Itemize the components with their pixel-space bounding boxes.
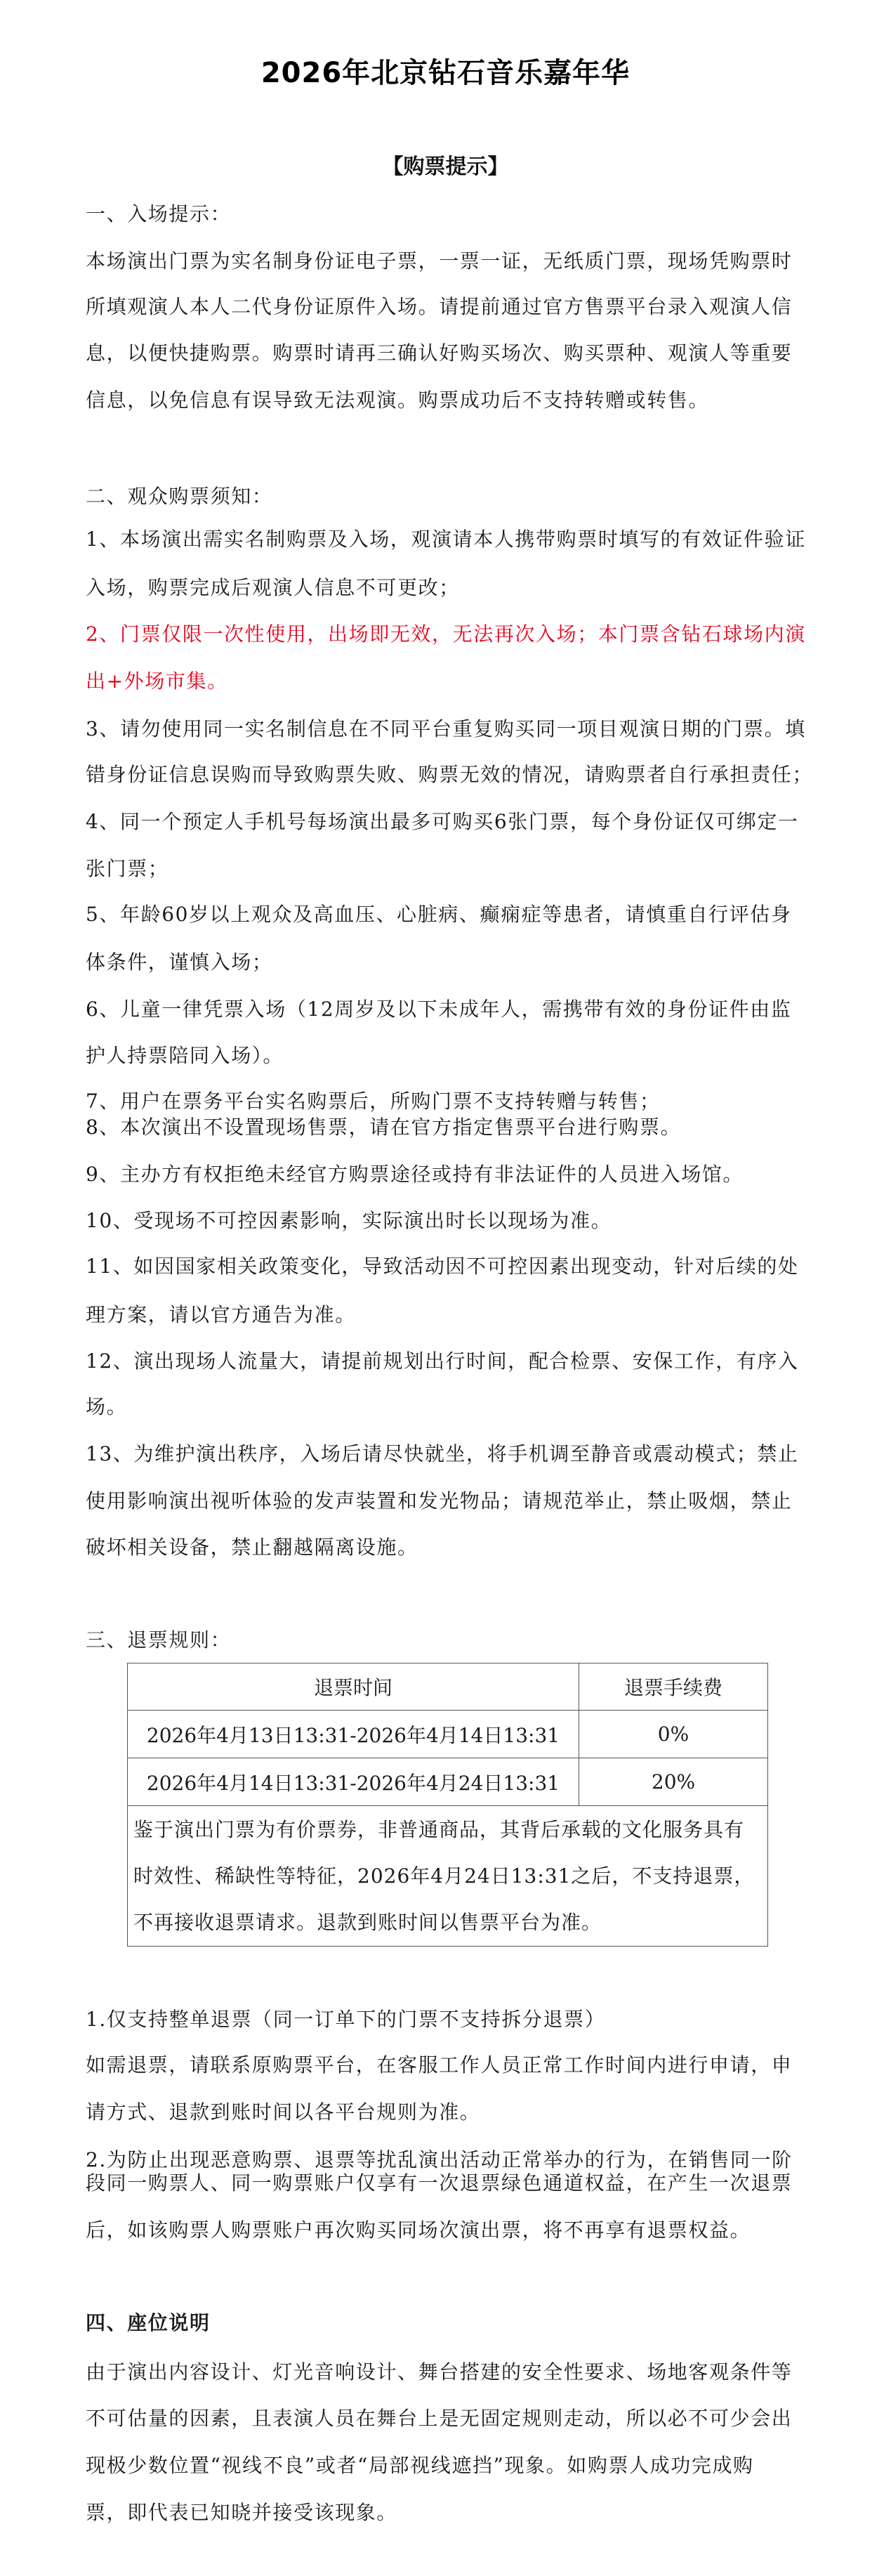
- notice-item-12-cont: 场。: [86, 1393, 812, 1421]
- notice-item-7: 7、用户在票务平台实名购票后，所购门票不支持转赠与转售；: [86, 1087, 812, 1116]
- notice-item-4-cont: 张门票；: [86, 855, 812, 883]
- refund-note-line: 时效性、稀缺性等特征，2026年4月24日13:31之后，不支持退票，: [133, 1853, 762, 1900]
- paragraph-line: 票，即代表已知晓并接受该现象。: [86, 2499, 812, 2527]
- notice-item-1-cont: 入场，购票完成后观演人信息不可更改；: [86, 574, 812, 602]
- notice-item-13-cont: 使用影响演出视听体验的发声装置和发光物品；请规范举止，禁止吸烟，禁止: [86, 1487, 812, 1515]
- refund-note-line: 不再接收退票请求。退款到账时间以售票平台为准。: [133, 1900, 762, 1946]
- notice-item-2-highlight: 2、门票仅限一次性使用，出场即无效，无法再次入场；本门票含钻石球场内演: [86, 620, 812, 648]
- refund-table-header: 退票时间 退票手续费: [128, 1663, 768, 1711]
- header-refund-time: 退票时间: [128, 1663, 579, 1711]
- notice-item-2-highlight-cont: 出+外场市集。: [86, 667, 812, 695]
- refund-period: 2026年4月14日13:31-2026年4月24日13:31: [128, 1758, 579, 1806]
- notice-item-6: 6、儿童一律凭票入场（12周岁及以下未成年人，需携带有效的身份证件由监: [86, 995, 812, 1024]
- notice-item-10: 10、受现场不可控因素影响，实际演出时长以现场为准。: [86, 1207, 812, 1235]
- notice-item-13-cont: 破坏相关设备，禁止翻越隔离设施。: [86, 1534, 812, 1562]
- paragraph-line: 信息，以免信息有误导致无法观演。购票成功后不支持转赠或转售。: [86, 386, 812, 414]
- paragraph-line: 所填观演人本人二代身份证原件入场。请提前通过官方售票平台录入观演人信: [86, 293, 812, 321]
- table-note-row: 鉴于演出门票为有价票券，非普通商品，其背后承载的文化服务具有 时效性、稀缺性等特…: [128, 1806, 768, 1947]
- refund-note-line: 鉴于演出门票为有价票券，非普通商品，其背后承载的文化服务具有: [133, 1807, 762, 1853]
- table-row: 2026年4月13日13:31-2026年4月14日13:31 0%: [128, 1711, 768, 1758]
- refund-note: 鉴于演出门票为有价票券，非普通商品，其背后承载的文化服务具有 时效性、稀缺性等特…: [128, 1806, 768, 1947]
- notice-item-12: 12、演出现场人流量大，请提前规划出行时间，配合检票、安保工作，有序入: [86, 1347, 812, 1375]
- section-entry-heading: 一、入场提示：: [86, 200, 812, 228]
- notice-item-9: 9、主办方有权拒绝未经官方购票途径或持有非法证件的人员进入场馆。: [86, 1160, 812, 1189]
- notice-item-6-cont: 护人持票陪同入场）。: [86, 1042, 812, 1070]
- refund-fee: 20%: [579, 1758, 768, 1806]
- refund-table: 退票时间 退票手续费 2026年4月13日13:31-2026年4月14日13:…: [127, 1663, 768, 1947]
- section-seating-heading: 四、座位说明: [86, 2309, 812, 2337]
- notice-item-11: 11、如因国家相关政策变化，导致活动因不可控因素出现变动，针对后续的处: [86, 1253, 812, 1281]
- header-refund-fee: 退票手续费: [579, 1663, 768, 1711]
- paragraph-line: 不可估量的因素，且表演人员在舞台上是无固定规则走动，所以必不可少会出: [86, 2405, 812, 2433]
- refund-rule-1-detail: 如需退票，请联系原购票平台，在客服工作人员正常工作时间内进行申请，申: [86, 2051, 812, 2079]
- notice-item-1: 1、本场演出需实名制购票及入场，观演请本人携带购票时填写的有效证件验证: [86, 525, 812, 554]
- notice-item-5-cont: 体条件，谨慎入场；: [86, 948, 812, 976]
- notice-item-8: 8、本次演出不设置现场售票，请在官方指定售票平台进行购票。: [86, 1113, 812, 1142]
- refund-period: 2026年4月13日13:31-2026年4月14日13:31: [128, 1711, 579, 1758]
- paragraph-line: 本场演出门票为实名制身份证电子票，一票一证，无纸质门票，现场凭购票时: [86, 247, 812, 275]
- paragraph-line: 现极少数位置“视线不良”或者“局部视线遮挡”现象。如购票人成功完成购: [86, 2452, 812, 2480]
- notice-item-5: 5、年龄60岁以上观众及高血压、心脏病、癫痫症等患者，请慎重自行评估身: [86, 901, 812, 929]
- refund-rule-1: 1.仅支持整单退票（同一订单下的门票不支持拆分退票）: [86, 2006, 812, 2034]
- paragraph-line: 息，以便快捷购票。购票时请再三确认好购买场次、购买票种、观演人等重要: [86, 339, 812, 367]
- refund-rule-2-cont: 后，如该购票人购票账户再次购买同场次演出票，将不再享有退票权益。: [86, 2216, 812, 2244]
- section-notice-heading: 二、观众购票须知：: [86, 483, 812, 511]
- refund-fee: 0%: [579, 1711, 768, 1758]
- refund-rule-2-cont: 段同一购票人、同一购票账户仅享有一次退票绿色通道权益，在产生一次退票: [86, 2169, 812, 2197]
- refund-rule-1-detail-cont: 请方式、退款到账时间以各平台规则为准。: [86, 2098, 812, 2126]
- notice-item-3-cont: 错身份证信息误购而导致购票失败、购票无效的情况，请购票者自行承担责任；: [86, 761, 812, 789]
- document-title: 2026年北京钻石音乐嘉年华: [0, 56, 891, 90]
- paragraph-line: 由于演出内容设计、灯光音响设计、舞台搭建的安全性要求、场地客观条件等: [86, 2358, 812, 2386]
- table-row: 2026年4月14日13:31-2026年4月24日13:31 20%: [128, 1758, 768, 1806]
- section-refund-heading: 三、退票规则：: [86, 1626, 812, 1654]
- notice-item-11-cont: 理方案，请以官方通告为准。: [86, 1301, 812, 1329]
- notice-item-3: 3、请勿使用同一实名制信息在不同平台重复购买同一项目观演日期的门票。填: [86, 715, 812, 743]
- notice-item-13: 13、为维护演出秩序，入场后请尽快就坐，将手机调至静音或震动模式；禁止: [86, 1440, 812, 1468]
- document-subtitle: 【购票提示】: [0, 153, 891, 181]
- notice-item-4: 4、同一个预定人手机号每场演出最多可购买6张门票，每个身份证仅可绑定一: [86, 808, 812, 836]
